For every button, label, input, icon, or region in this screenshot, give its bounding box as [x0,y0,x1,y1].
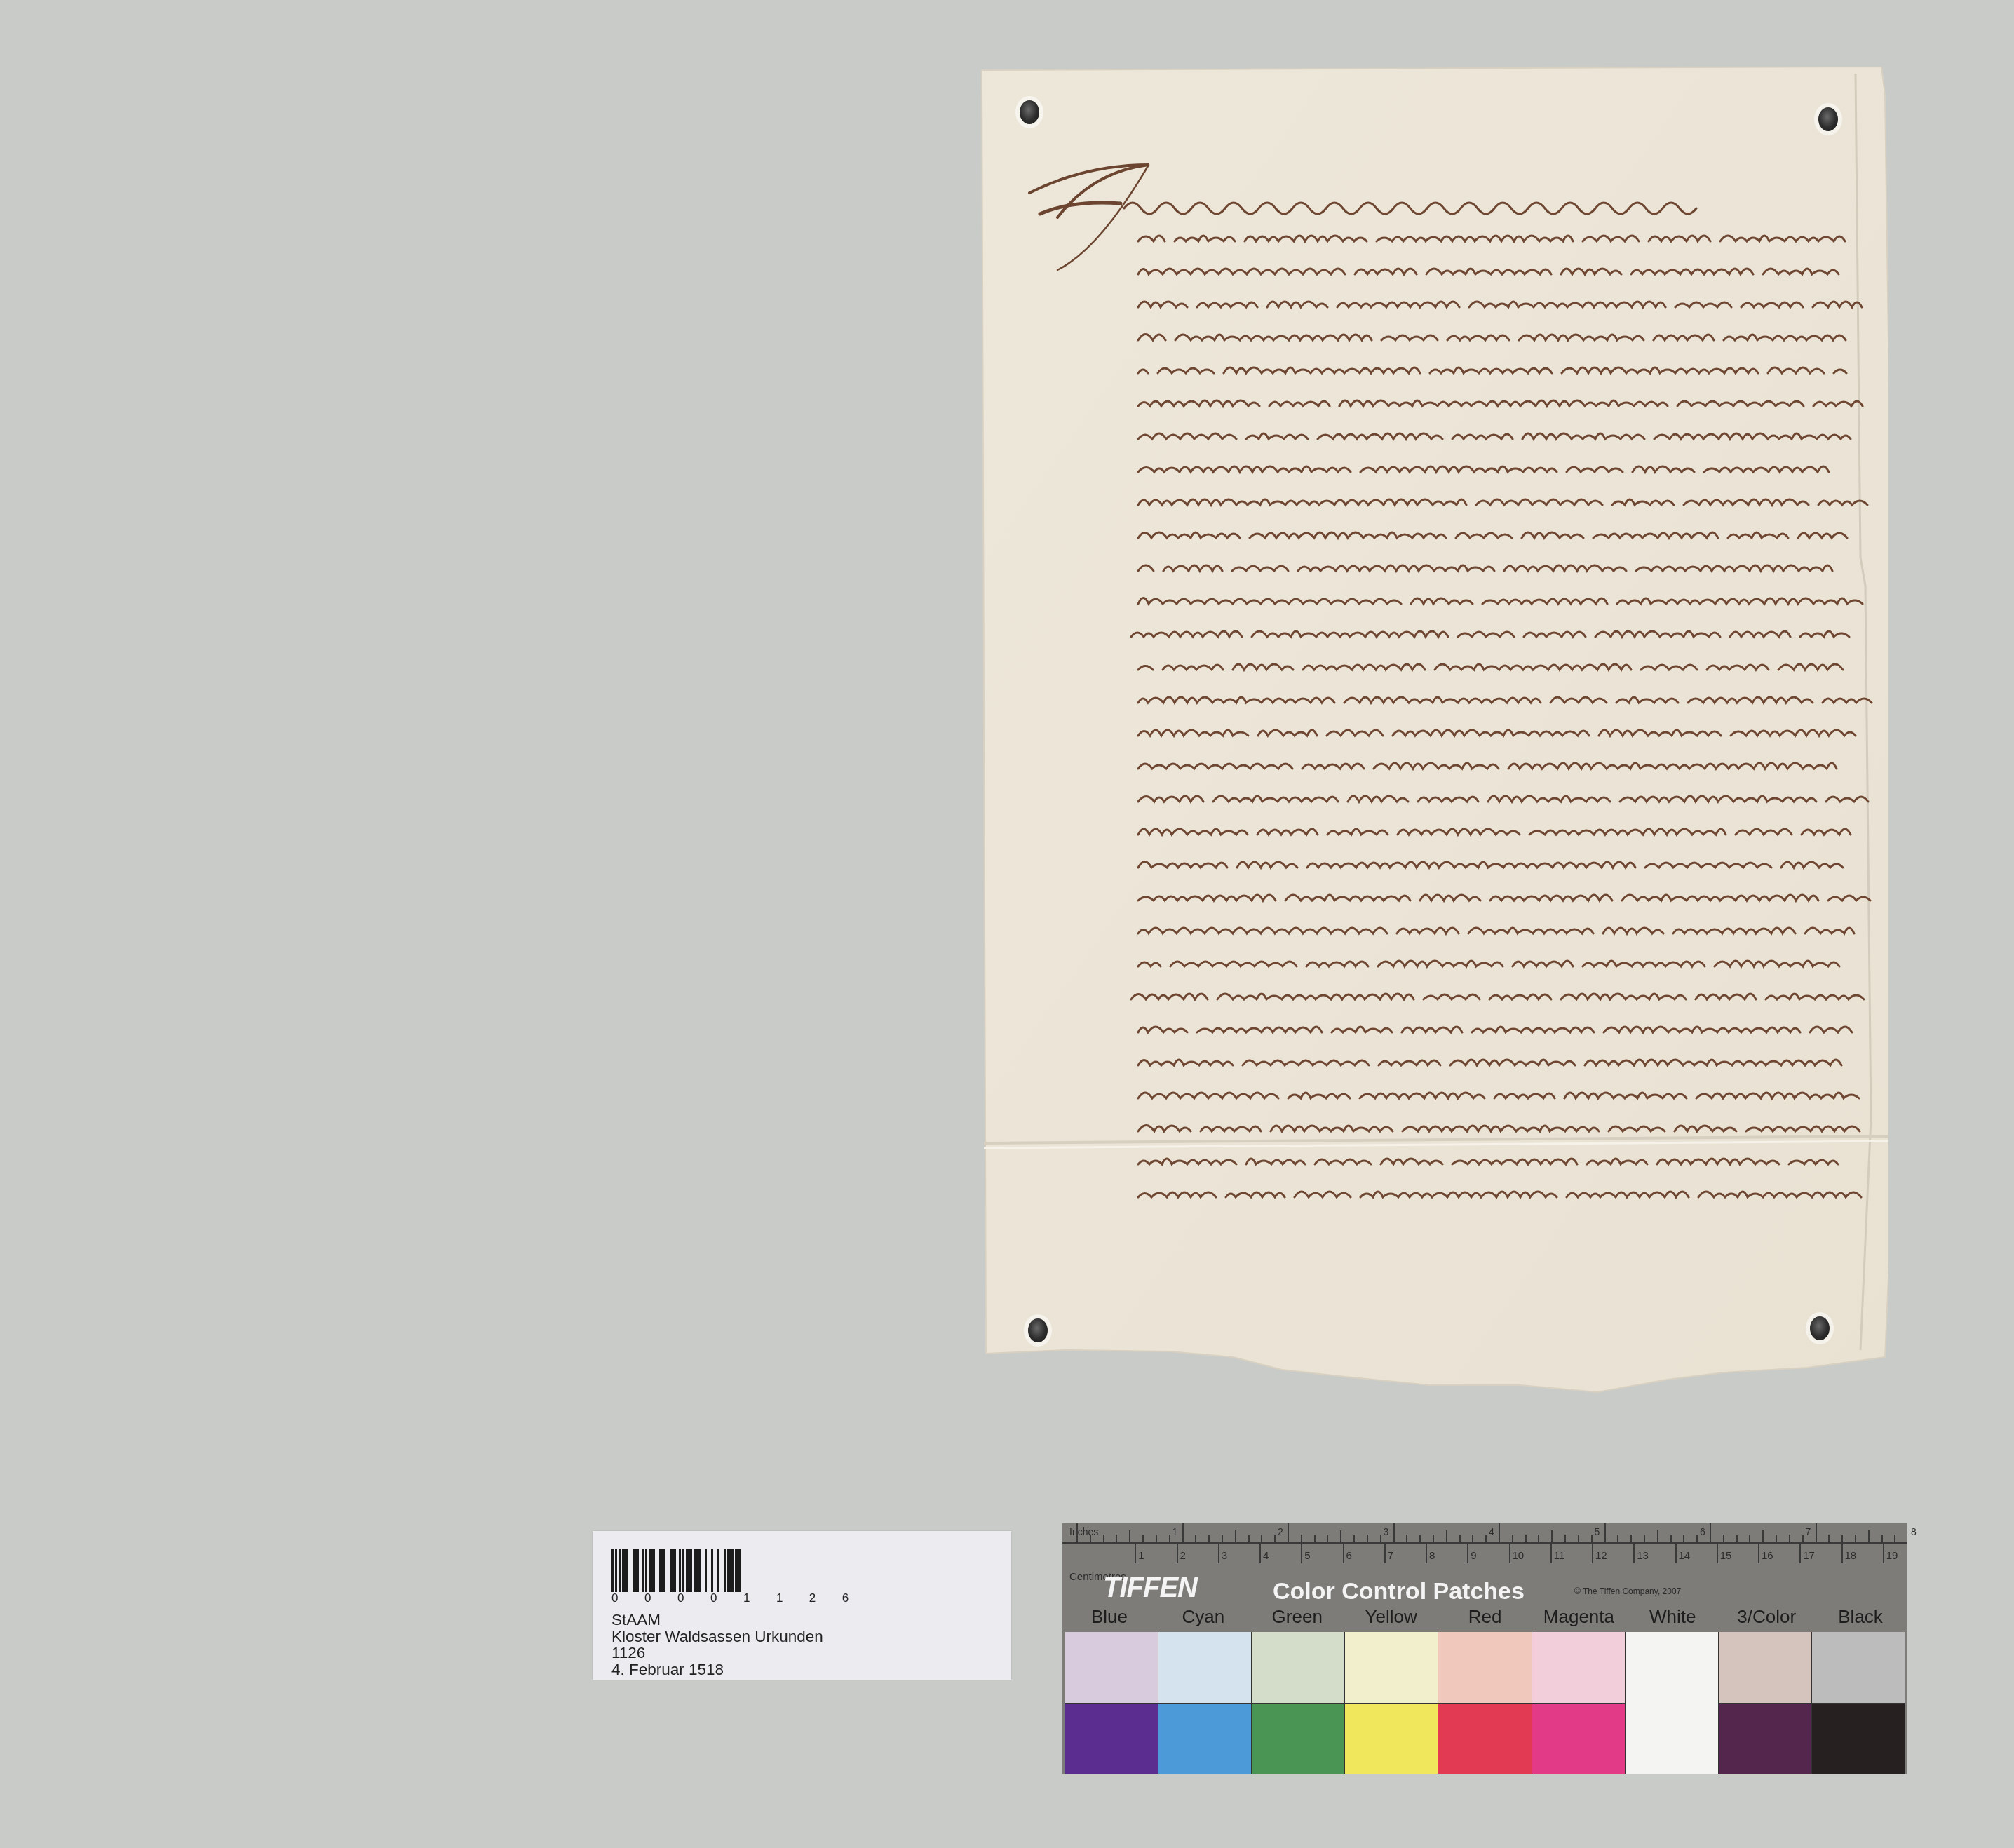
cm-tick [1509,1544,1510,1563]
inch-tick [1169,1535,1170,1542]
binding-hole-top-left [1020,100,1039,124]
inch-tick [1406,1535,1407,1542]
cm-tick [1384,1544,1386,1563]
inch-tick-label: 6 [1700,1526,1705,1537]
cm-tick [1467,1544,1468,1563]
cm-tick [1177,1544,1178,1563]
cm-tick [1758,1544,1759,1563]
inch-tick [1103,1535,1104,1542]
cm-tick-label: 10 [1513,1550,1525,1562]
inch-tick [1288,1523,1289,1542]
inch-tick [1762,1530,1764,1542]
cm-tick-label: 3 [1222,1550,1227,1562]
cm-tick [1343,1544,1344,1563]
cm-tick-label: 16 [1762,1550,1773,1562]
cm-tick-label: 15 [1720,1550,1732,1562]
inch-tick [1525,1535,1527,1542]
inch-tick [1723,1535,1724,1542]
inch-tick [1670,1535,1672,1542]
patch-dark-cyan [1158,1704,1252,1775]
card-title: Color Control Patches [1273,1578,1525,1605]
inch-tick-label: 5 [1595,1526,1600,1537]
document-date: 4. Februar 1518 [611,1661,823,1678]
barcode-bar [633,1549,639,1592]
cm-tick-label: 9 [1471,1550,1476,1562]
color-control-card: Inches 123456781234567891011121314151617… [1062,1523,1907,1774]
inch-tick [1868,1530,1870,1542]
inch-tick [1076,1523,1078,1542]
cm-tick [1633,1544,1635,1563]
patch-light-red [1438,1632,1532,1704]
tiffen-logo: TIFFEN [1103,1572,1197,1604]
patch-label-blue: Blue [1062,1606,1156,1630]
cm-tick-label: 5 [1304,1550,1310,1562]
barcode-bar [694,1549,701,1592]
inch-tick [1789,1535,1790,1542]
patch-label-cyan: Cyan [1156,1606,1250,1630]
inch-tick [1630,1535,1632,1542]
inch-tick [1591,1535,1593,1542]
inch-tick [1657,1530,1658,1542]
inch-tick-label: 7 [1806,1526,1811,1537]
cm-tick-label: 4 [1263,1550,1269,1562]
patch-label-red: Red [1438,1606,1532,1630]
cm-tick [1301,1544,1302,1563]
cm-tick-label: 11 [1554,1550,1565,1562]
patch-label-3-color: 3/Color [1719,1606,1813,1630]
patch-label-white: White [1626,1606,1719,1630]
inch-tick [1090,1535,1091,1542]
patch-light-black [1812,1632,1905,1704]
patch-light-magenta [1532,1632,1626,1704]
inch-tick [1380,1535,1381,1542]
patch-label-green: Green [1250,1606,1344,1630]
inch-tick [1340,1530,1341,1542]
cm-tick [1426,1544,1427,1563]
patch-light-cyan [1158,1632,1252,1704]
cm-tick [1799,1544,1801,1563]
inch-tick [1327,1535,1328,1542]
cm-tick-label: 13 [1637,1550,1649,1562]
cm-tick [1135,1544,1136,1563]
cm-tick [1883,1544,1884,1563]
inch-tick [1644,1535,1645,1542]
inch-tick [1776,1535,1777,1542]
inch-tick [1894,1535,1895,1542]
inch-tick [1274,1535,1276,1542]
inch-tick [1129,1530,1130,1542]
collection-name: Kloster Waldsassen Urkunden [611,1628,823,1645]
cm-tick [1218,1544,1219,1563]
inch-tick [1314,1535,1316,1542]
patch-light-3-color [1719,1632,1812,1704]
cm-tick [1841,1544,1843,1563]
inch-tick [1195,1535,1196,1542]
inch-tick [1235,1530,1236,1542]
cm-tick-label: 14 [1679,1550,1691,1562]
cm-tick-label: 12 [1595,1550,1607,1562]
inch-tick [1459,1535,1461,1542]
inch-tick [1696,1535,1698,1542]
cm-tick [1550,1544,1552,1563]
inches-label: Inches [1069,1526,1098,1537]
inch-tick-label: 1 [1172,1526,1178,1537]
barcode-bar [670,1549,676,1592]
patch-light-white [1626,1632,1719,1774]
cm-tick-label: 7 [1388,1550,1393,1562]
cm-tick-label: 17 [1803,1550,1815,1562]
inch-tick [1578,1535,1579,1542]
inch-tick [1433,1535,1434,1542]
inch-tick [1472,1535,1473,1542]
color-patches [1065,1632,1905,1774]
barcode [611,1549,741,1592]
inch-tick [1683,1535,1684,1542]
inch-tick [1208,1535,1210,1542]
cm-tick-label: 19 [1886,1550,1898,1562]
patch-dark-black [1812,1704,1905,1775]
patch-dark-red [1438,1704,1532,1775]
binding-hole-bottom-left [1028,1318,1048,1342]
inch-tick [1393,1523,1395,1542]
inch-tick [1261,1535,1262,1542]
barcode-bar [622,1549,628,1592]
inch-tick [1617,1535,1618,1542]
binding-hole-top-right [1818,107,1838,131]
barcode-bar [649,1549,655,1592]
patch-light-yellow [1345,1632,1438,1704]
cm-tick [1675,1544,1677,1563]
inch-tick [1736,1535,1738,1542]
inch-tick [1538,1535,1539,1542]
patch-dark-magenta [1532,1704,1626,1775]
inch-tick [1301,1535,1302,1542]
inch-tick [1512,1535,1513,1542]
patch-label-magenta: Magenta [1532,1606,1626,1630]
inch-tick [1841,1535,1843,1542]
inch-tick [1881,1535,1883,1542]
cm-tick-label: 18 [1845,1550,1857,1562]
inch-tick [1828,1535,1830,1542]
cm-tick-label: 2 [1180,1550,1186,1562]
barcode-bar [735,1549,741,1592]
binding-hole-bottom-right [1810,1316,1830,1340]
inch-tick [1604,1523,1606,1542]
patch-label-yellow: Yellow [1344,1606,1438,1630]
cm-tick [1259,1544,1261,1563]
inch-tick [1802,1535,1804,1542]
inch-tick [1855,1535,1856,1542]
cm-tick [1592,1544,1593,1563]
inch-tick [1499,1523,1500,1542]
inch-tick [1749,1535,1750,1542]
patch-light-blue [1065,1632,1158,1704]
cm-tick-label: 6 [1346,1550,1352,1562]
inch-tick [1816,1523,1817,1542]
barcode-bar [686,1549,692,1592]
patch-labels: BlueCyanGreenYellowRedMagentaWhite3/Colo… [1062,1606,1907,1630]
inch-tick [1446,1530,1447,1542]
archive-label: 0 0 0 0 1 1 2 6 StAAM Kloster Waldsassen… [593,1531,1011,1680]
patch-dark-blue [1065,1704,1158,1775]
inch-tick [1551,1530,1553,1542]
inch-tick-label: 3 [1384,1526,1389,1537]
cm-tick [1717,1544,1718,1563]
inch-tick [1222,1535,1223,1542]
manuscript-document [980,67,1888,1399]
barcode-bar [659,1549,665,1592]
inch-tick [1248,1535,1250,1542]
inch-tick [1419,1535,1421,1542]
inch-tick-label: 2 [1278,1526,1283,1537]
inch-tick [1116,1535,1117,1542]
inch-tick [1710,1523,1711,1542]
inch-tick [1142,1535,1144,1542]
cm-tick-label: 8 [1429,1550,1435,1562]
patch-dark-yellow [1345,1704,1438,1775]
patch-dark-green [1252,1704,1345,1775]
patch-light-green [1252,1632,1345,1704]
patch-label-black: Black [1813,1606,1907,1630]
cm-tick-label: 1 [1138,1550,1144,1562]
inch-tick [1485,1535,1487,1542]
inch-tick [1182,1523,1184,1542]
inch-tick [1353,1535,1355,1542]
manuscript-paper [980,67,1888,1399]
inch-tick [1367,1535,1368,1542]
patch-dark-3-color [1719,1704,1812,1775]
barcode-digits: 0 0 0 0 1 1 2 6 [611,1591,860,1605]
archive-name: StAAM [611,1612,823,1628]
card-copyright: © The Tiffen Company, 2007 [1574,1586,1681,1596]
inch-tick [1564,1535,1566,1542]
inch-tick [1156,1535,1157,1542]
document-number: 1126 [611,1645,823,1661]
inch-tick-label: 4 [1489,1526,1494,1537]
barcode-bar [727,1549,734,1592]
inch-tick-label: 8 [1911,1526,1917,1537]
